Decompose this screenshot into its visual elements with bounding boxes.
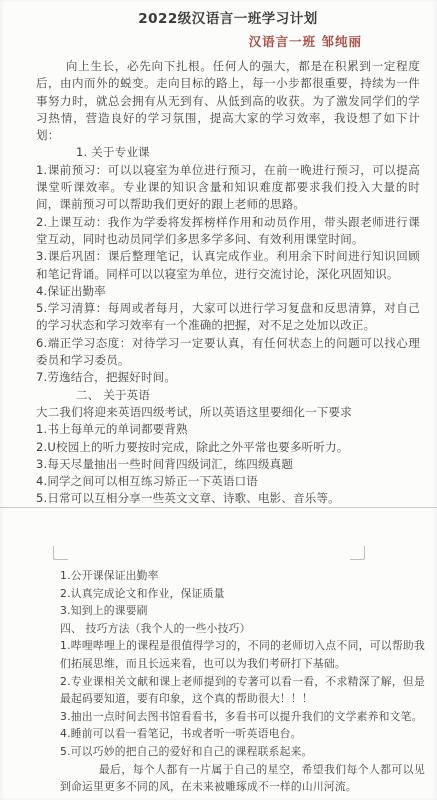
list-item: 6.端正学习态度：对待学习一定要认真，有任何状态上的问题可以找心理委员和学习委员… <box>36 335 420 370</box>
paragraph: 向上生长，必先向下扎根。任何人的强大，都是在积累到一定程度后，由内而外的蜕变。走… <box>36 58 420 144</box>
list-item: 1.哔哩哔哩上的课程是很值得学习的，不同的老师切入点不同，可以帮助我们拓展思维，… <box>60 637 425 672</box>
margin-corner-mark-right <box>350 546 365 560</box>
list-item: 3.课后巩固：课后整理笔记，认真完成作业。利用余下时间进行知识回顾和笔记背诵。同… <box>36 248 420 283</box>
document-viewer: 2022级汉语言一班学习计划 汉语言一班 邹纯丽 向上生长，必先向下扎根。任何人… <box>0 0 437 800</box>
list-item: 3.每天尽量抽出一些时间背四级词汇，练四级真题 <box>36 456 420 473</box>
section-heading: 二、 关于英语 <box>36 387 420 404</box>
margin-corner-mark-left <box>53 546 68 560</box>
page-2: 1.公开课保证出勤率2.认真完成论文和作业，保证质量3.知到上的课要刷四、 技巧… <box>0 508 437 800</box>
list-item: 3.抽出一点时间去图书馆看看书，多看书可以提升我们的文学素养和文笔。 <box>60 708 425 726</box>
list-item: 4.保证出勤率 <box>36 283 420 300</box>
page-1-body: 向上生长，必先向下扎根。任何人的强大，都是在积累到一定程度后，由内而外的蜕变。走… <box>36 58 420 507</box>
list-item: 4.睡前可以看一看笔记，书或者听一听英语电台。 <box>60 725 425 743</box>
list-item: 2.上课互动：我作为学委将发挥榜样作用和动员作用，带头跟老师进行课堂互动，同时也… <box>36 214 420 249</box>
list-item: 2.U校园上的听力要按时完成，除此之外平常也要多听听力。 <box>36 439 420 456</box>
list-item: 5.学习清算：每周或者每月，大家可以进行学习复盘和反思清算，对自己的学习状态和学… <box>36 300 420 335</box>
document-title: 2022级汉语言一班学习计划 <box>36 7 420 27</box>
paragraph: 最后，每个人都有一片属于自己的星空，希望我们每个人都可以见到命运里更多不同的风，… <box>60 761 425 796</box>
list-item: 2.专业课相关文献和课上老师提到的专著可以看一看，不求精深了解，但是最起码要知道… <box>60 673 425 708</box>
list-item: 5.可以巧妙的把自己的爱好和自己的课程联系起来。 <box>60 743 425 761</box>
list-item: 1.公开课保证出勤率 <box>60 567 425 585</box>
list-item: 1.课前预习：可以以寝室为单位进行预习，在前一晚进行预习，可以提高课堂听课效率。… <box>36 162 420 214</box>
page-2-body: 1.公开课保证出勤率2.认真完成论文和作业，保证质量3.知到上的课要刷四、 技巧… <box>60 567 425 796</box>
section-heading: 四、 技巧方法（我个人的一些小技巧） <box>60 620 425 638</box>
page-1: 2022级汉语言一班学习计划 汉语言一班 邹纯丽 向上生长，必先向下扎根。任何人… <box>0 0 437 507</box>
author-byline: 汉语言一班 邹纯丽 <box>36 32 420 50</box>
section-heading: 1. 关于专业课 <box>36 144 420 161</box>
list-item: 大二我们将迎来英语四级考试，所以英语这里要细化一下要求 <box>36 404 420 421</box>
list-item: 4.同学之间可以相互练习矫正一下英语口语 <box>36 473 420 490</box>
list-item: 5.日常可以互相分享一些英文文章、诗歌、电影、音乐等。 <box>36 490 420 507</box>
list-item: 3.知到上的课要刷 <box>60 602 425 620</box>
list-item: 2.认真完成论文和作业，保证质量 <box>60 585 425 603</box>
list-item: 1.书上每单元的单词都要背熟 <box>36 421 420 438</box>
list-item: 7.劳逸结合，把握好时间。 <box>36 369 420 386</box>
